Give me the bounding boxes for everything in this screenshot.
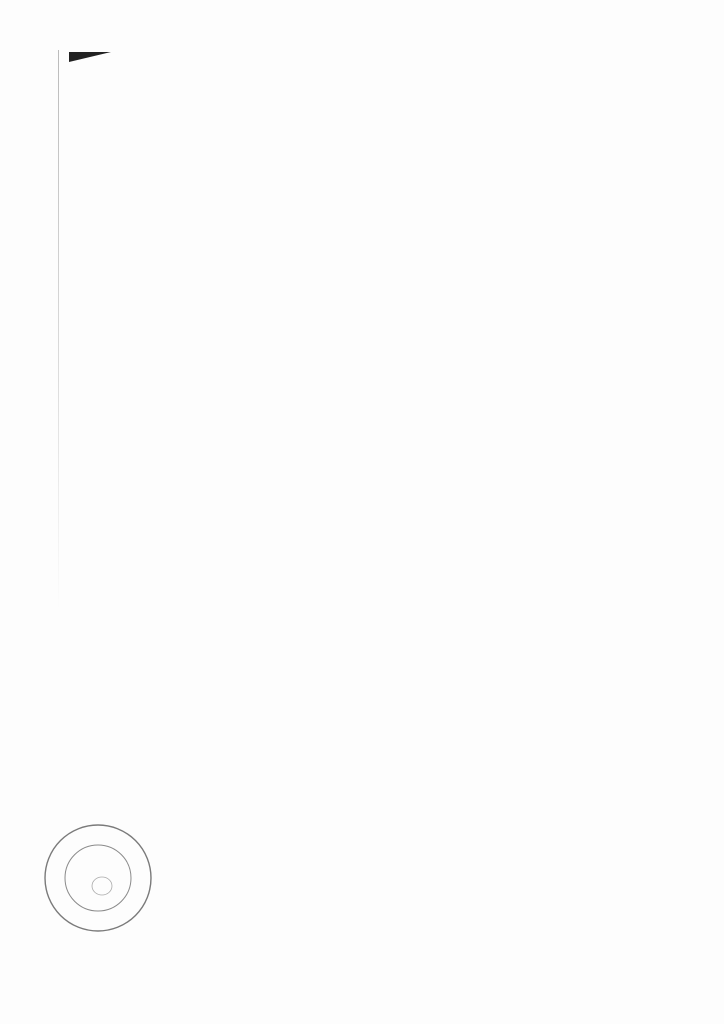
page-edge-shadow	[58, 50, 59, 610]
stamp-seal-icon	[42, 822, 154, 934]
section-heading	[48, 472, 53, 487]
document-page	[0, 0, 724, 1024]
section-heading	[64, 206, 69, 221]
registrar-stamp	[42, 822, 154, 934]
corner-fold-mark	[69, 52, 111, 62]
section-heading	[54, 388, 59, 403]
section-heading	[40, 596, 45, 612]
section-heading	[80, 64, 85, 79]
